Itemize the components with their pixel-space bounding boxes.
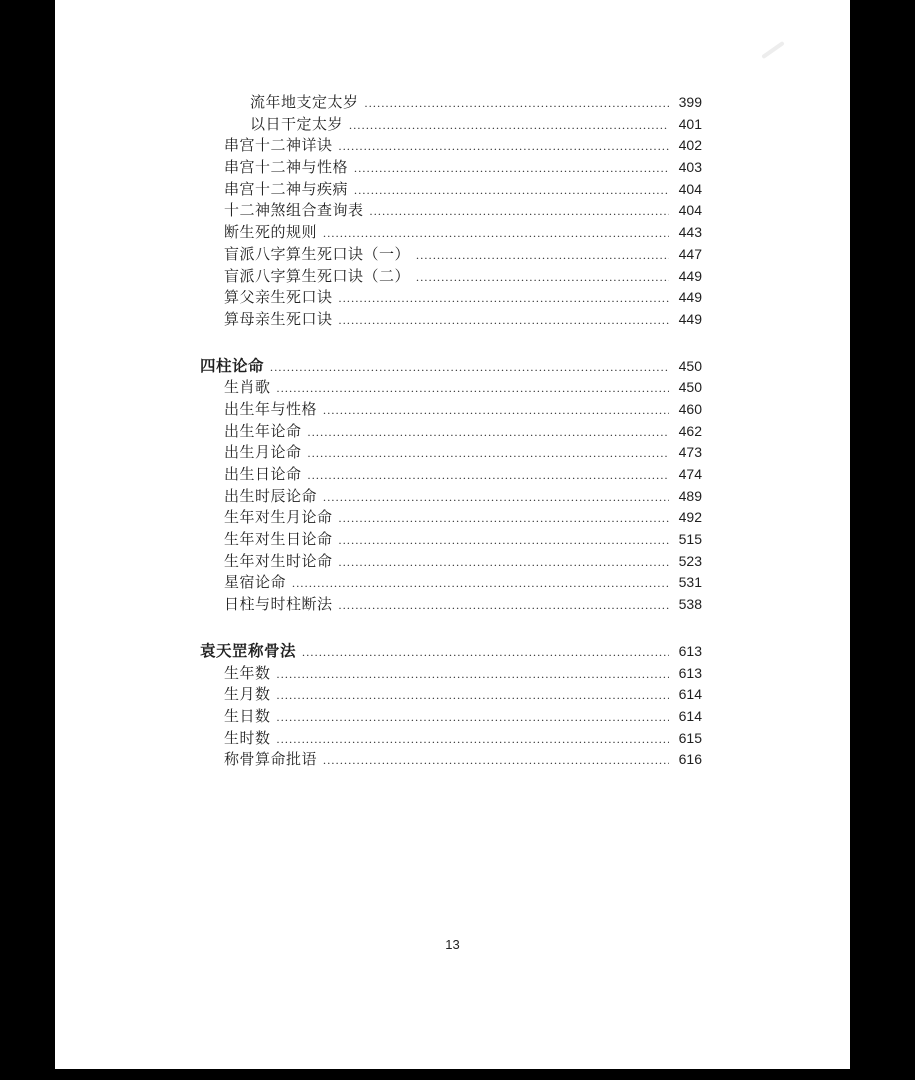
toc-entry-page: 449 [672,287,702,309]
toc-leader-dots: ........................................… [277,729,669,750]
toc-entry: 断生死的规则..................................… [200,222,702,244]
toc-entry: 串宫十二神与疾病................................… [200,179,702,201]
toc-entry-page: 523 [672,551,702,573]
toc-entry: 生年对生时论命.................................… [200,551,702,573]
toc-leader-dots: ........................................… [277,707,669,728]
toc-entry-label: 串宫十二神与性格 [224,158,348,179]
toc-entry-label: 串宫十二神详诀 [224,136,333,157]
toc-leader-dots: ........................................… [416,245,669,266]
toc-entry-label: 四柱论命 [200,356,264,378]
toc-leader-dots: ........................................… [339,530,669,551]
toc-leader-dots: ........................................… [349,115,669,136]
toc-entry: 出生年论命...................................… [200,421,702,443]
toc-leader-dots: ........................................… [354,158,669,179]
toc-entry-label: 出生月论命 [224,443,302,464]
toc-entry-label: 生时数 [224,729,271,750]
toc-entry-page: 403 [672,157,702,179]
toc-entry-page: 531 [672,572,702,594]
toc-entry-label: 流年地支定太岁 [250,93,359,114]
toc-entry-page: 492 [672,507,702,529]
toc-entry-label: 断生死的规则 [224,223,317,244]
toc-entry-label: 出生年与性格 [224,400,317,421]
toc-entry-label: 称骨算命批语 [224,750,317,771]
toc-entry-label: 串宫十二神与疾病 [224,180,348,201]
toc-entry-label: 生年数 [224,664,271,685]
toc-entry-page: 443 [672,222,702,244]
toc-entry-page: 401 [672,114,702,136]
toc-entry-label: 出生日论命 [224,465,302,486]
scan-noise-artifact [761,41,785,59]
toc-entry-label: 生年对生月论命 [224,508,333,529]
toc-entry: 算母亲生死口诀.................................… [200,309,702,331]
toc-entry-page: 613 [672,641,702,663]
toc-entry-page: 473 [672,442,702,464]
toc-entry: 出生年与性格..................................… [200,399,702,421]
toc-entry: 盲派八字算生死口诀（二）............................… [200,266,702,288]
toc-entry: 星宿论命....................................… [200,572,702,594]
toc-entry-page: 449 [672,266,702,288]
toc-entry-page: 615 [672,728,702,750]
toc-entry-label: 盲派八字算生死口诀（一） [224,245,410,266]
toc-entry: 以日干定太岁..................................… [200,114,702,136]
toc-entry: 串宫十二神与性格................................… [200,157,702,179]
toc-entry: 生肖歌.....................................… [200,377,702,399]
toc-entry-label: 生月数 [224,685,271,706]
toc-entry-page: 614 [672,706,702,728]
toc-leader-dots: ........................................… [323,750,669,771]
toc-entry: 生日数.....................................… [200,706,702,728]
toc-leader-dots: ........................................… [339,552,669,573]
toc-leader-dots: ........................................… [308,465,669,486]
toc-entry: 生年对生月论命.................................… [200,507,702,529]
toc-entry: 算父亲生死口诀.................................… [200,287,702,309]
page-number-folio: 13 [55,937,850,952]
toc-leader-dots: ........................................… [302,642,669,663]
toc-entry-page: 404 [672,179,702,201]
toc-entry-page: 489 [672,486,702,508]
toc-entry: 串宫十二神详诀.................................… [200,135,702,157]
toc-entry: 生时数.....................................… [200,728,702,750]
toc-entry-label: 出生时辰论命 [224,487,317,508]
toc-entry-label: 盲派八字算生死口诀（二） [224,267,410,288]
toc-entry-page: 515 [672,529,702,551]
toc-entry-page: 399 [672,92,702,114]
toc-leader-dots: ........................................… [277,685,669,706]
toc-entry: 四柱论命....................................… [200,356,702,378]
toc-entry-label: 生年对生时论命 [224,552,333,573]
toc-entry: 称骨算命批语..................................… [200,749,702,771]
toc-entry-page: 614 [672,684,702,706]
toc-entry-label: 袁天罡称骨法 [200,641,296,663]
toc-entry-page: 613 [672,663,702,685]
toc-leader-dots: ........................................… [292,573,669,594]
toc-entry-page: 474 [672,464,702,486]
toc-leader-dots: ........................................… [370,201,669,222]
toc-entry-label: 生日数 [224,707,271,728]
toc-entry-page: 449 [672,309,702,331]
toc-entry-label: 出生年论命 [224,422,302,443]
toc-leader-dots: ........................................… [354,180,669,201]
toc-leader-dots: ........................................… [323,223,669,244]
toc-leader-dots: ........................................… [365,93,669,114]
toc-leader-dots: ........................................… [339,595,669,616]
toc-leader-dots: ........................................… [308,422,669,443]
toc-entry: 生年数.....................................… [200,663,702,685]
toc-entry: 出生月论命...................................… [200,442,702,464]
toc-entry-page: 462 [672,421,702,443]
toc-entry: 出生时辰论命..................................… [200,486,702,508]
toc-entry: 出生日论命...................................… [200,464,702,486]
toc-entry-label: 星宿论命 [224,573,286,594]
toc-leader-dots: ........................................… [277,378,669,399]
toc-entry-page: 404 [672,200,702,222]
toc-leader-dots: ........................................… [339,288,669,309]
toc-entry-page: 538 [672,594,702,616]
toc-entry-label: 以日干定太岁 [250,115,343,136]
toc-entry-page: 402 [672,135,702,157]
toc-leader-dots: ........................................… [416,267,669,288]
toc-leader-dots: ........................................… [323,400,669,421]
toc-entry: 流年地支定太岁.................................… [200,92,702,114]
toc-entry: 袁天罡称骨法..................................… [200,641,702,663]
toc-leader-dots: ........................................… [339,310,669,331]
toc-entry-label: 十二神煞组合查询表 [224,201,364,222]
scanned-book-page: 流年地支定太岁.................................… [55,0,850,1069]
toc-entry: 十二神煞组合查询表...............................… [200,200,702,222]
toc-entry-page: 460 [672,399,702,421]
toc-entry-label: 生肖歌 [224,378,271,399]
toc-leader-dots: ........................................… [339,508,669,529]
toc-entry-label: 算母亲生死口诀 [224,310,333,331]
toc-entry-label: 生年对生日论命 [224,530,333,551]
toc-entry-page: 616 [672,749,702,771]
toc-list: 流年地支定太岁.................................… [200,92,702,771]
toc-leader-dots: ........................................… [270,357,669,378]
toc-entry-page: 447 [672,244,702,266]
toc-entry-page: 450 [672,356,702,378]
toc-entry-label: 日柱与时柱断法 [224,595,333,616]
toc-leader-dots: ........................................… [339,136,669,157]
toc-entry: 生月数.....................................… [200,684,702,706]
toc-leader-dots: ........................................… [277,664,669,685]
toc-entry-page: 450 [672,377,702,399]
toc-leader-dots: ........................................… [323,487,669,508]
toc-entry-label: 算父亲生死口诀 [224,288,333,309]
toc-entry: 生年对生日论命.................................… [200,529,702,551]
toc-entry: 盲派八字算生死口诀（一）............................… [200,244,702,266]
toc-entry: 日柱与时柱断法.................................… [200,594,702,616]
toc-leader-dots: ........................................… [308,443,669,464]
